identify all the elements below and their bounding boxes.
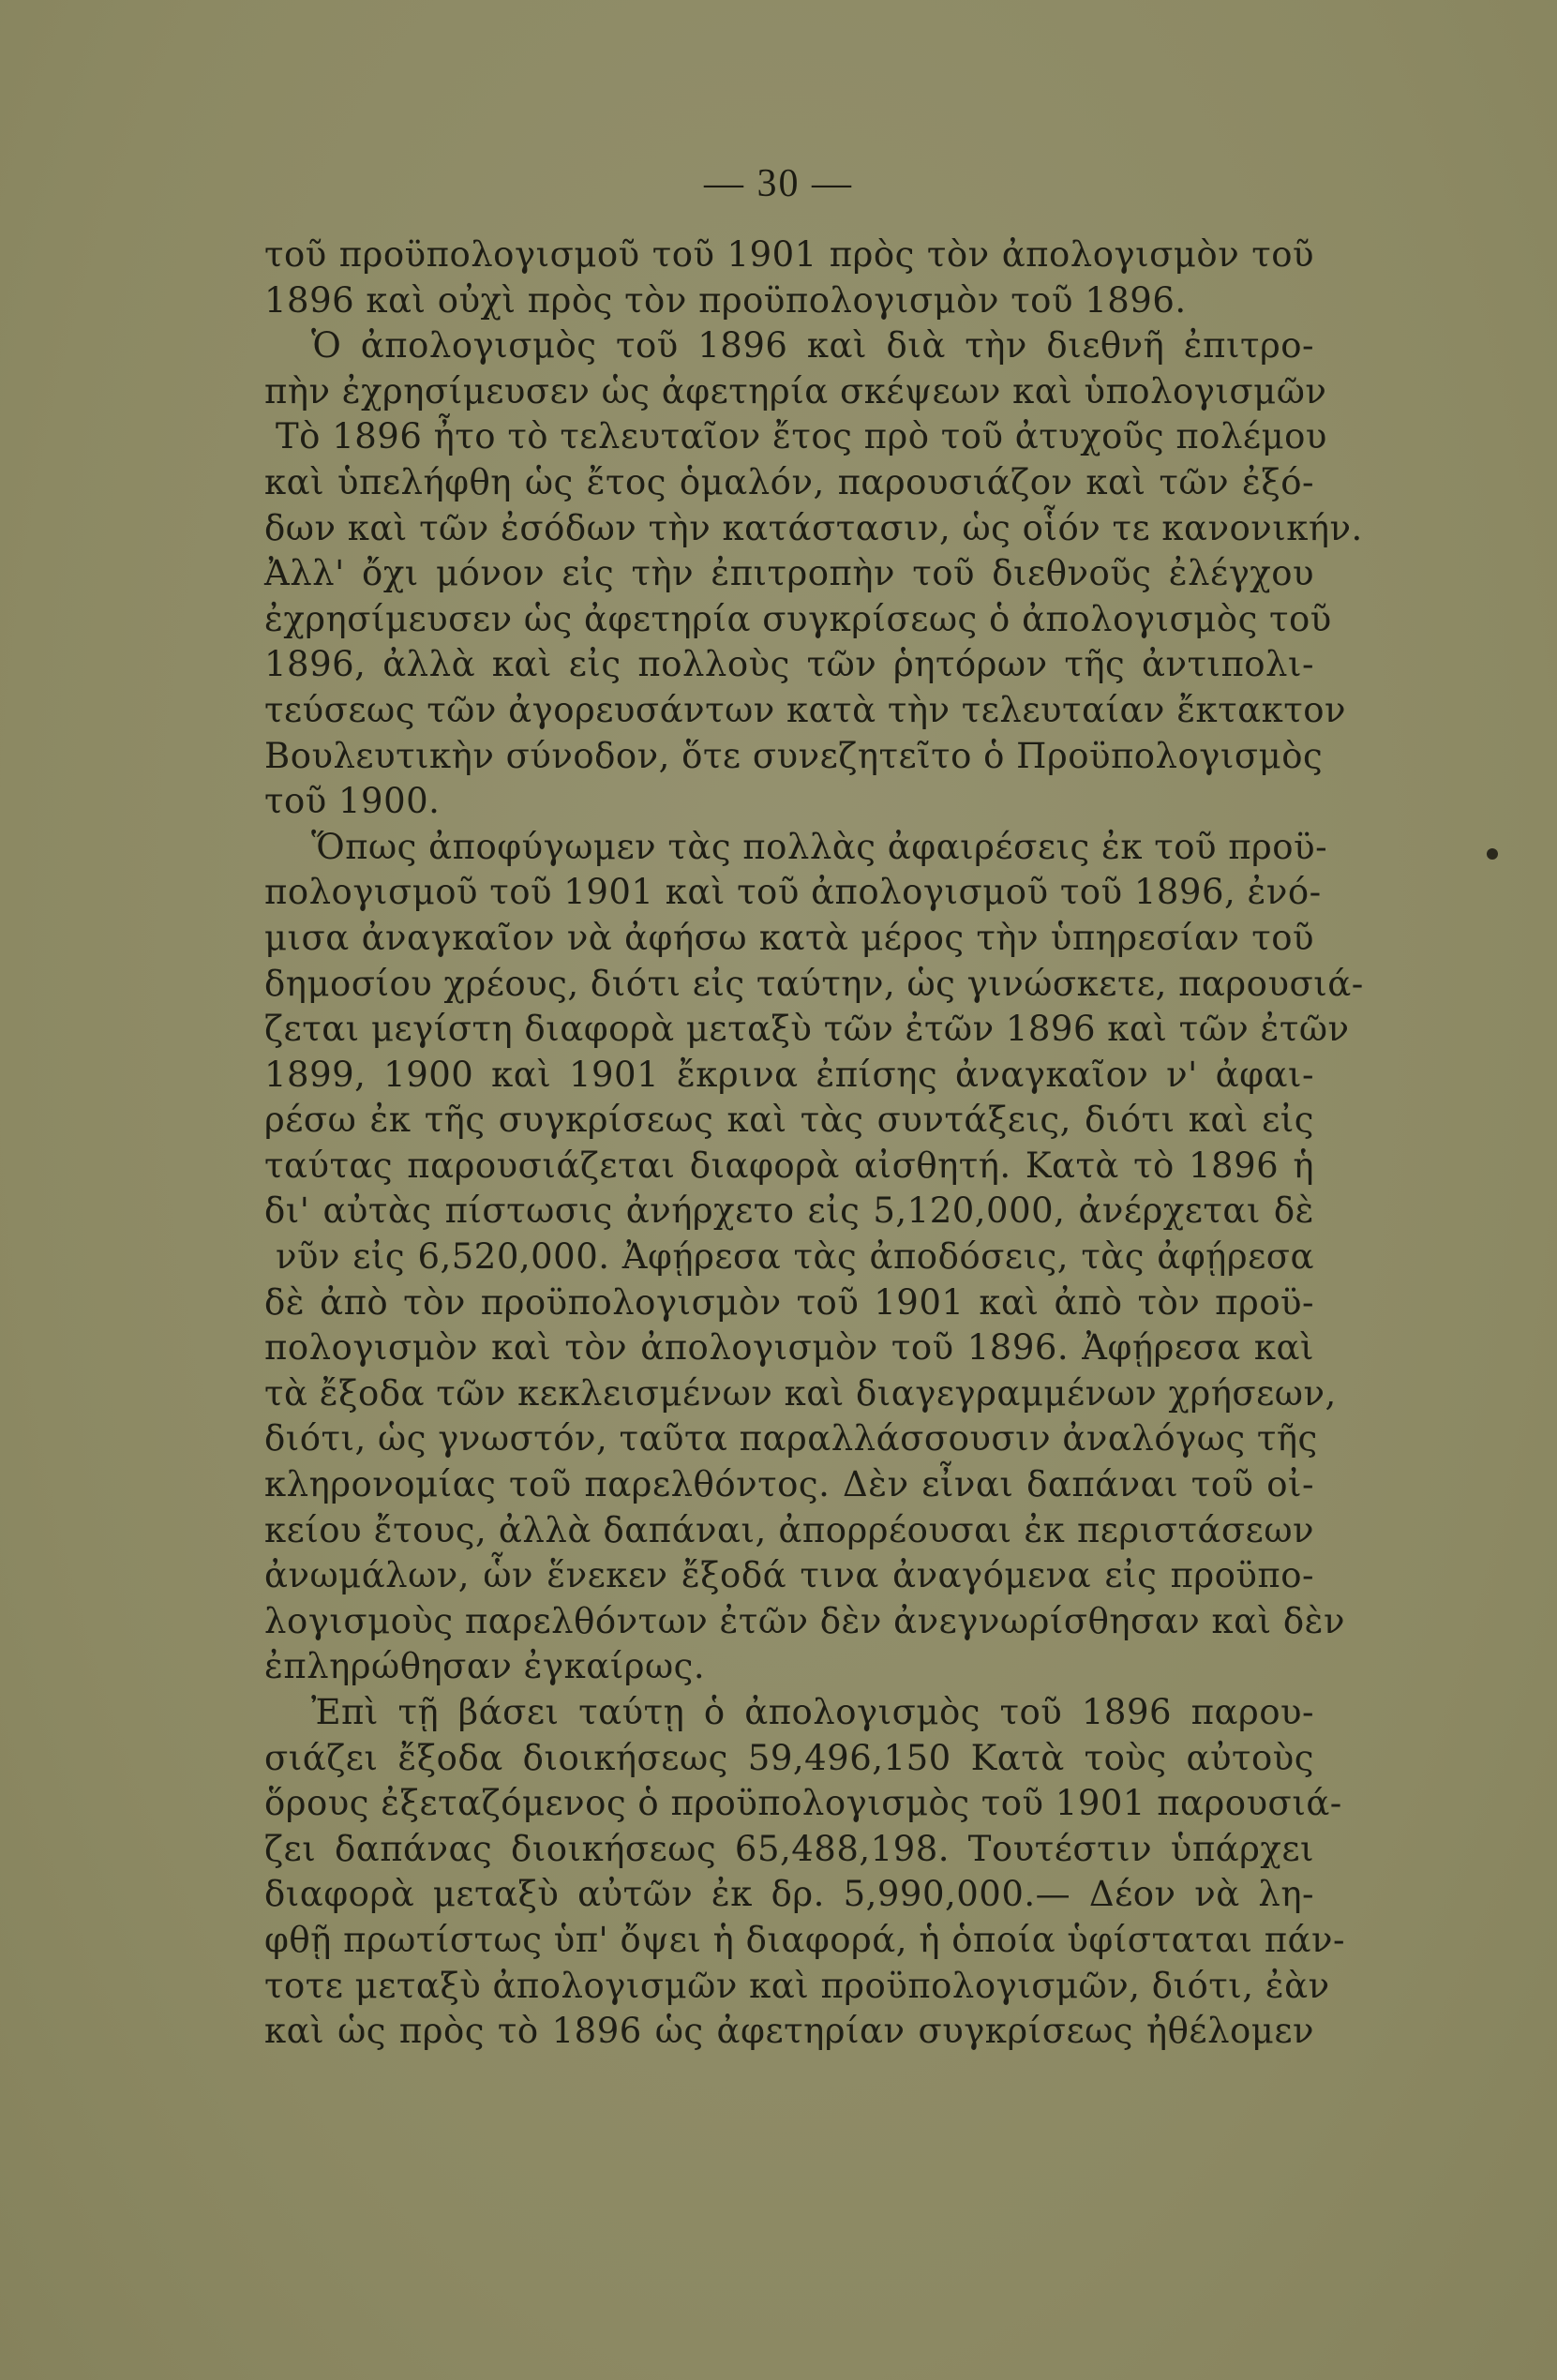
text-line: δημοσίου χρέους, διότι εἰς ταύτην, ὡς γι… [264, 962, 1314, 1008]
text-line: ζεται μεγίστη διαφορὰ μεταξὺ τῶν ἐτῶν 18… [264, 1007, 1314, 1053]
text-line: Ἐπὶ τῇ βάσει ταύτῃ ὁ ἀπολογισμὸς τοῦ 189… [264, 1690, 1314, 1736]
text-line: διαφορὰ μεταξὺ αὐτῶν ἐκ δρ. 5,990,000.— … [264, 1872, 1314, 1918]
text-line: Τὸ 1896 ἦτο τὸ τελευταῖον ἔτος πρὸ τοῦ ἀ… [264, 414, 1314, 460]
text-line: διότι, ὡς γνωστόν, ταῦτα παραλλάσσουσιν … [264, 1416, 1314, 1462]
text-line: τοτε μεταξὺ ἀπολογισμῶν καὶ προϋπολογισμ… [264, 1964, 1314, 2010]
body-text: τοῦ προϋπολογισμοῦ τοῦ 1901 πρὸς τὸν ἀπο… [264, 232, 1314, 2055]
text-line: μισα ἀναγκαῖον νὰ ἀφήσω κατὰ μέρος τὴν ὑ… [264, 916, 1314, 962]
text-line: πὴν ἐχρησίμευσεν ὡς ἀφετηρία σκέψεων καὶ… [264, 369, 1314, 415]
text-line: δὲ ἀπὸ τὸν προϋπολογισμὸν τοῦ 1901 καὶ ἀ… [264, 1280, 1314, 1326]
text-line: τοῦ 1900. [264, 779, 1314, 825]
ink-speck [1487, 848, 1498, 860]
text-line: ἐχρησίμευσεν ὡς ἀφετηρία συγκρίσεως ὁ ἀπ… [264, 597, 1314, 643]
text-line: Ὁ ἀπολογισμὸς τοῦ 1896 καὶ διὰ τὴν διεθν… [264, 323, 1314, 369]
text-line: ζει δαπάνας διοικήσεως 65,488,198. Τουτέ… [264, 1827, 1314, 1873]
text-line: σιάζει ἔξοδα διοικήσεως 59,496,150 Κατὰ … [264, 1736, 1314, 1782]
text-line: 1899, 1900 καὶ 1901 ἔκρινα ἐπίσης ἀναγκα… [264, 1053, 1314, 1099]
text-line: δι' αὐτὰς πίστωσις ἀνήρχετο εἰς 5,120,00… [264, 1189, 1314, 1235]
text-line: 1896 καὶ οὐχὶ πρὸς τὸν προϋπολογισμὸν το… [264, 278, 1314, 324]
text-line: ἀνωμάλων, ὧν ἕνεκεν ἔξοδά τινα ἀναγόμενα… [264, 1553, 1314, 1599]
text-line: νῦν εἰς 6,520,000. Ἀφῄρεσα τὰς ἀποδόσεις… [264, 1235, 1314, 1280]
text-line: φθῇ πρωτίστως ὑπ' ὄψει ἡ διαφορά, ἡ ὁποί… [264, 1918, 1314, 1964]
text-line: 1896, ἀλλὰ καὶ εἰς πολλοὺς τῶν ῥητόρων τ… [264, 642, 1314, 688]
text-line: ὅρους ἐξεταζόμενος ὁ προϋπολογισμὸς τοῦ … [264, 1781, 1314, 1827]
text-line: πολογισμὸν καὶ τὸν ἀπολογισμὸν τοῦ 1896.… [264, 1325, 1314, 1371]
page-number: — 30 — [0, 161, 1557, 206]
text-line: καὶ ὡς πρὸς τὸ 1896 ὡς ἀφετηρίαν συγκρίσ… [264, 2009, 1314, 2055]
text-line: ρέσω ἐκ τῆς συγκρίσεως καὶ τὰς συντάξεις… [264, 1098, 1314, 1144]
text-line: πολογισμοῦ τοῦ 1901 καὶ τοῦ ἀπολογισμοῦ … [264, 870, 1314, 916]
text-line: τὰ ἔξοδα τῶν κεκλεισμένων καὶ διαγεγραμμ… [264, 1371, 1314, 1417]
text-line: δων καὶ τῶν ἐσόδων τὴν κατάστασιν, ὡς οἷ… [264, 506, 1314, 552]
text-line: λογισμοὺς παρελθόντων ἐτῶν δὲν ἀνεγνωρίσ… [264, 1599, 1314, 1645]
text-line: κείου ἔτους, ἀλλὰ δαπάναι, ἀπορρέουσαι ἐ… [264, 1508, 1314, 1554]
text-line: κληρονομίας τοῦ παρελθόντος. Δὲν εἶναι δ… [264, 1462, 1314, 1508]
text-line: ταύτας παρουσιάζεται διαφορὰ αἰσθητή. Κα… [264, 1144, 1314, 1190]
text-line: καὶ ὑπελήφθη ὡς ἔτος ὁμαλόν, παρουσιάζον… [264, 460, 1314, 506]
text-line: Ὅπως ἀποφύγωμεν τὰς πολλὰς ἀφαιρέσεις ἐκ… [264, 825, 1314, 871]
scanned-book-page: — 30 — τοῦ προϋπολογισμοῦ τοῦ 1901 πρὸς … [0, 0, 1557, 2380]
text-line: τοῦ προϋπολογισμοῦ τοῦ 1901 πρὸς τὸν ἀπο… [264, 232, 1314, 278]
text-line: τεύσεως τῶν ἀγορευσάντων κατὰ τὴν τελευτ… [264, 688, 1314, 734]
text-line: Βουλευτικὴν σύνοδον, ὅτε συνεζητεῖτο ὁ Π… [264, 734, 1314, 780]
text-line: ἐπληρώθησαν ἐγκαίρως. [264, 1644, 1314, 1690]
text-line: Ἀλλ' ὄχι μόνον εἰς τὴν ἐπιτροπὴν τοῦ διε… [264, 551, 1314, 597]
